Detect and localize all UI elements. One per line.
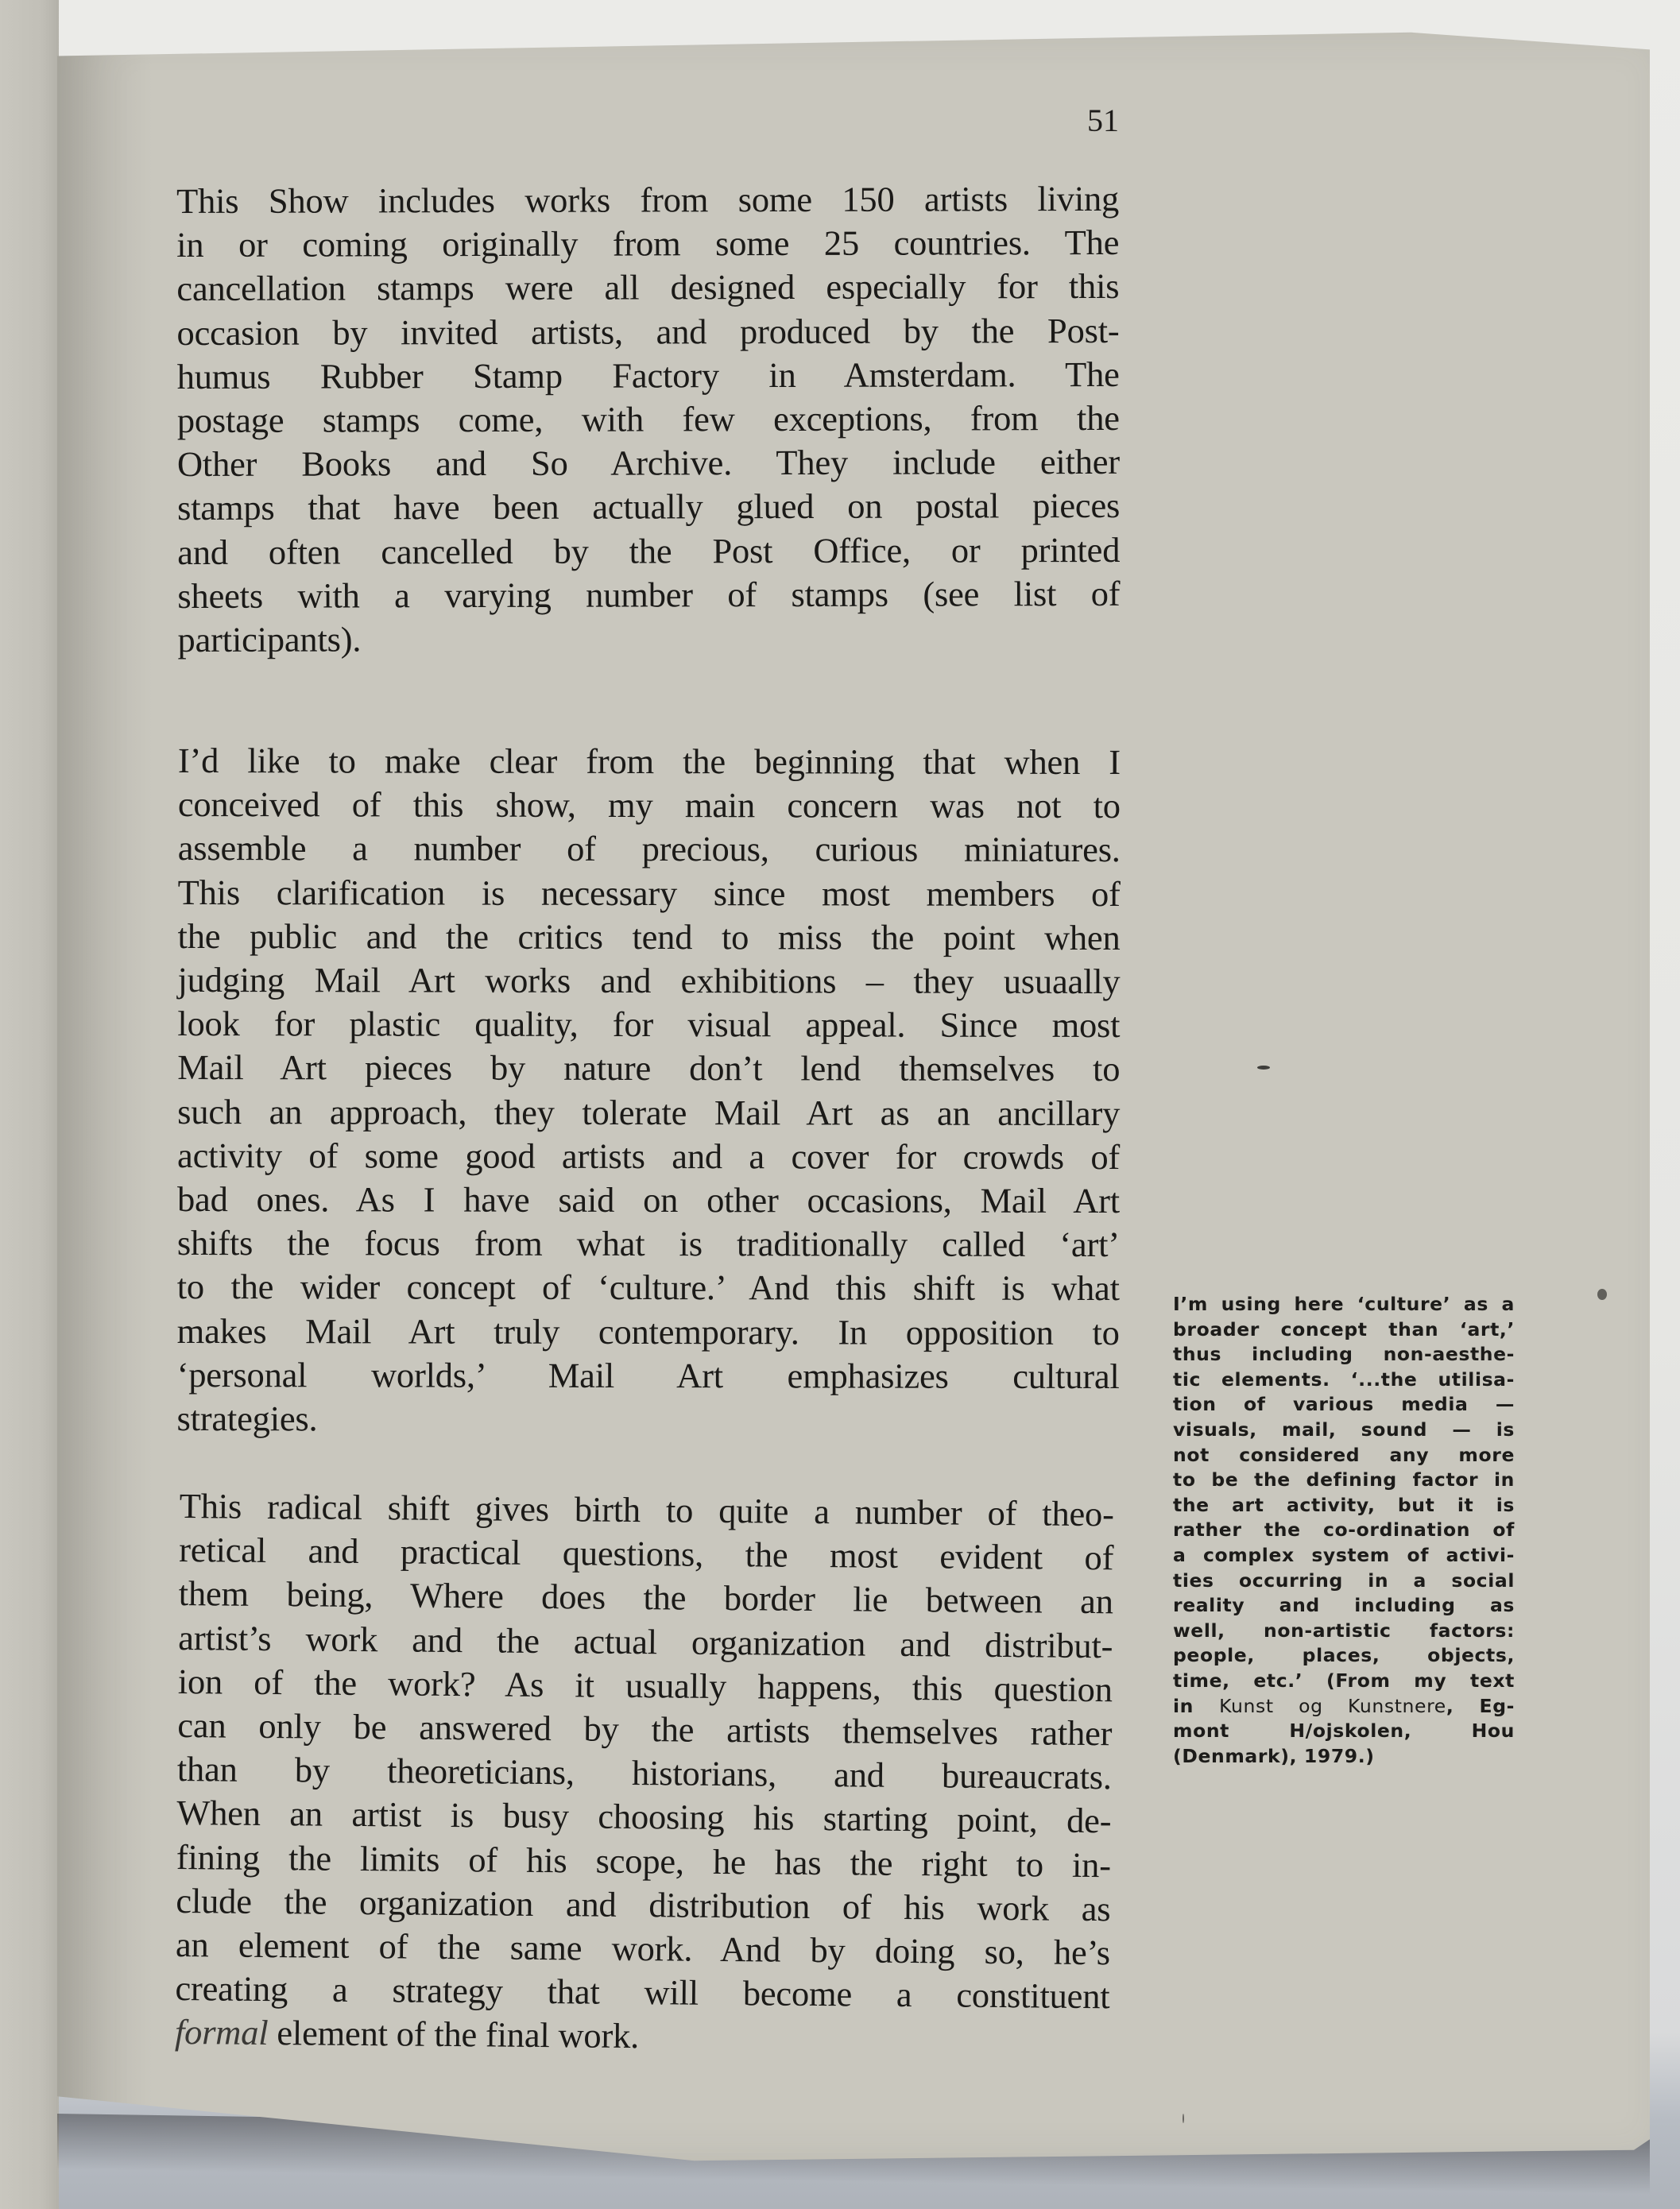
paper-speck bbox=[1257, 1066, 1270, 1070]
text-line: I’d like to make clear from the beginnin… bbox=[178, 739, 1121, 784]
footnote-line: rather the co-ordination of bbox=[1173, 1518, 1515, 1543]
footnote-line: tion of various media — bbox=[1173, 1392, 1515, 1418]
page-number: 51 bbox=[1087, 102, 1119, 139]
text-line: humus Rubber Stamp Factory in Amsterdam.… bbox=[177, 353, 1120, 399]
footnote-line: (Denmark), 1979.) bbox=[1173, 1744, 1515, 1770]
footnote-line: thus including non-aesthe- bbox=[1173, 1342, 1515, 1368]
final-line-rest: element of the final work. bbox=[268, 2013, 639, 2056]
footnote-line: I’m using here ‘culture’ as a bbox=[1173, 1292, 1515, 1317]
margin-footnote: I’m using here ‘culture’ as a broader co… bbox=[1173, 1292, 1515, 1769]
text-line: than by theoreticians, historians, and b… bbox=[177, 1747, 1112, 1799]
footnote-line: people, places, objects, bbox=[1173, 1643, 1515, 1669]
footnote-in: in bbox=[1173, 1695, 1219, 1717]
paragraph-intro: This Show includes works from some 150 a… bbox=[176, 177, 1121, 662]
text-line: makes Mail Art truly contemporary. In op… bbox=[177, 1310, 1120, 1355]
footnote-line: broader concept than ‘art,’ bbox=[1173, 1317, 1515, 1343]
paragraph-radical-shift: This radical shift gives birth to quite … bbox=[175, 1484, 1114, 2063]
text-line: When an artist is busy choosing his star… bbox=[176, 1791, 1111, 1843]
text-line: assemble a number of precious, curious m… bbox=[178, 826, 1121, 872]
text-line: Mail Art pieces by nature don’t lend the… bbox=[177, 1046, 1120, 1091]
footnote-line: a complex system of activi- bbox=[1173, 1543, 1515, 1569]
footnote-line: reality and including as bbox=[1173, 1593, 1515, 1619]
paper-speck bbox=[1597, 1289, 1607, 1300]
paragraph-mail-art-concept: I’d like to make clear from the beginnin… bbox=[176, 739, 1121, 1442]
footnote-line: tic elements. ‘...the utilisa- bbox=[1173, 1368, 1515, 1393]
text-line: and often cancelled by the Post Office, … bbox=[177, 528, 1120, 574]
text-line: stamps that have been actually glued on … bbox=[177, 484, 1120, 530]
text-line: such an approach, they tolerate Mail Art… bbox=[177, 1090, 1120, 1135]
text-line: creating a strategy that will become a c… bbox=[175, 1967, 1109, 2018]
text-line: retical and practical questions, the mos… bbox=[179, 1528, 1113, 1580]
text-line: cancellation stamps were all designed es… bbox=[176, 265, 1119, 311]
text-line: judging Mail Art works and exhibitions –… bbox=[177, 958, 1120, 1004]
paper-speck bbox=[1183, 2114, 1184, 2123]
text-line: ion of the work? As it usually happens, … bbox=[178, 1660, 1113, 1712]
text-line: fining the limits of his scope, he has t… bbox=[176, 1836, 1111, 1887]
text-line: participants). bbox=[177, 616, 1120, 662]
footnote-line: time, etc.’ (From my text bbox=[1173, 1669, 1515, 1694]
text-line: them being, Where does the border lie be… bbox=[179, 1572, 1113, 1623]
text-line-final: formal element of the final work. bbox=[175, 2010, 1109, 2062]
text-line: This clarification is necessary since mo… bbox=[178, 871, 1121, 916]
text-line: clude the organization and distribution … bbox=[176, 1879, 1110, 1931]
footnote-line: ties occurring in a social bbox=[1173, 1569, 1515, 1594]
footnote-line: visuals, mail, sound — is bbox=[1173, 1418, 1515, 1443]
text-line: This Show includes works from some 150 a… bbox=[176, 177, 1119, 223]
text-line: the public and the critics tend to miss … bbox=[178, 915, 1121, 960]
text-line: in or coming originally from some 25 cou… bbox=[176, 221, 1119, 267]
footnote-line: not considered any more bbox=[1173, 1443, 1515, 1468]
text-line: ‘personal worlds,’ Mail Art emphasizes c… bbox=[177, 1353, 1120, 1399]
text-line: bad ones. As I have said on other occasi… bbox=[177, 1178, 1120, 1223]
text-line: occasion by invited artists, and produce… bbox=[176, 309, 1119, 355]
text-line: activity of some good artists and a cove… bbox=[177, 1134, 1120, 1179]
footnote-line-rest: , Eg- bbox=[1446, 1695, 1515, 1717]
footnote-line: the art activity, but it is bbox=[1173, 1493, 1515, 1518]
text-line: artist’s work and the actual organizatio… bbox=[178, 1616, 1113, 1668]
footnote-line: well, non-artistic factors: bbox=[1173, 1619, 1515, 1644]
text-line: Other Books and So Archive. They include… bbox=[177, 440, 1120, 486]
text-line: look for plastic quality, for visual app… bbox=[177, 1002, 1120, 1047]
italic-word-formal: formal bbox=[175, 2012, 269, 2052]
text-line: can only be answered by the artists them… bbox=[177, 1704, 1112, 1755]
text-line: sheets with a varying number of stamps (… bbox=[177, 572, 1120, 618]
footnote-book-title: Kunst og Kunstnere bbox=[1219, 1695, 1446, 1717]
book-left-edge bbox=[0, 0, 59, 2209]
text-line: shifts the focus from what is traditiona… bbox=[177, 1221, 1120, 1267]
text-line: This radical shift gives birth to quite … bbox=[180, 1484, 1114, 1536]
footnote-line: in Kunst og Kunstnere, Eg- bbox=[1173, 1694, 1515, 1720]
text-line: strategies. bbox=[176, 1397, 1119, 1442]
text-line: to the wider concept of ‘culture.’ And t… bbox=[177, 1265, 1120, 1310]
text-line: postage stamps come, with few exceptions… bbox=[177, 397, 1120, 443]
text-line: an element of the same work. And by doin… bbox=[176, 1923, 1110, 1975]
text-line: conceived of this show, my main concern … bbox=[178, 783, 1121, 828]
footnote-line: to be the defining factor in bbox=[1173, 1468, 1515, 1493]
footnote-line: mont H/ojskolen, Hou bbox=[1173, 1719, 1515, 1744]
